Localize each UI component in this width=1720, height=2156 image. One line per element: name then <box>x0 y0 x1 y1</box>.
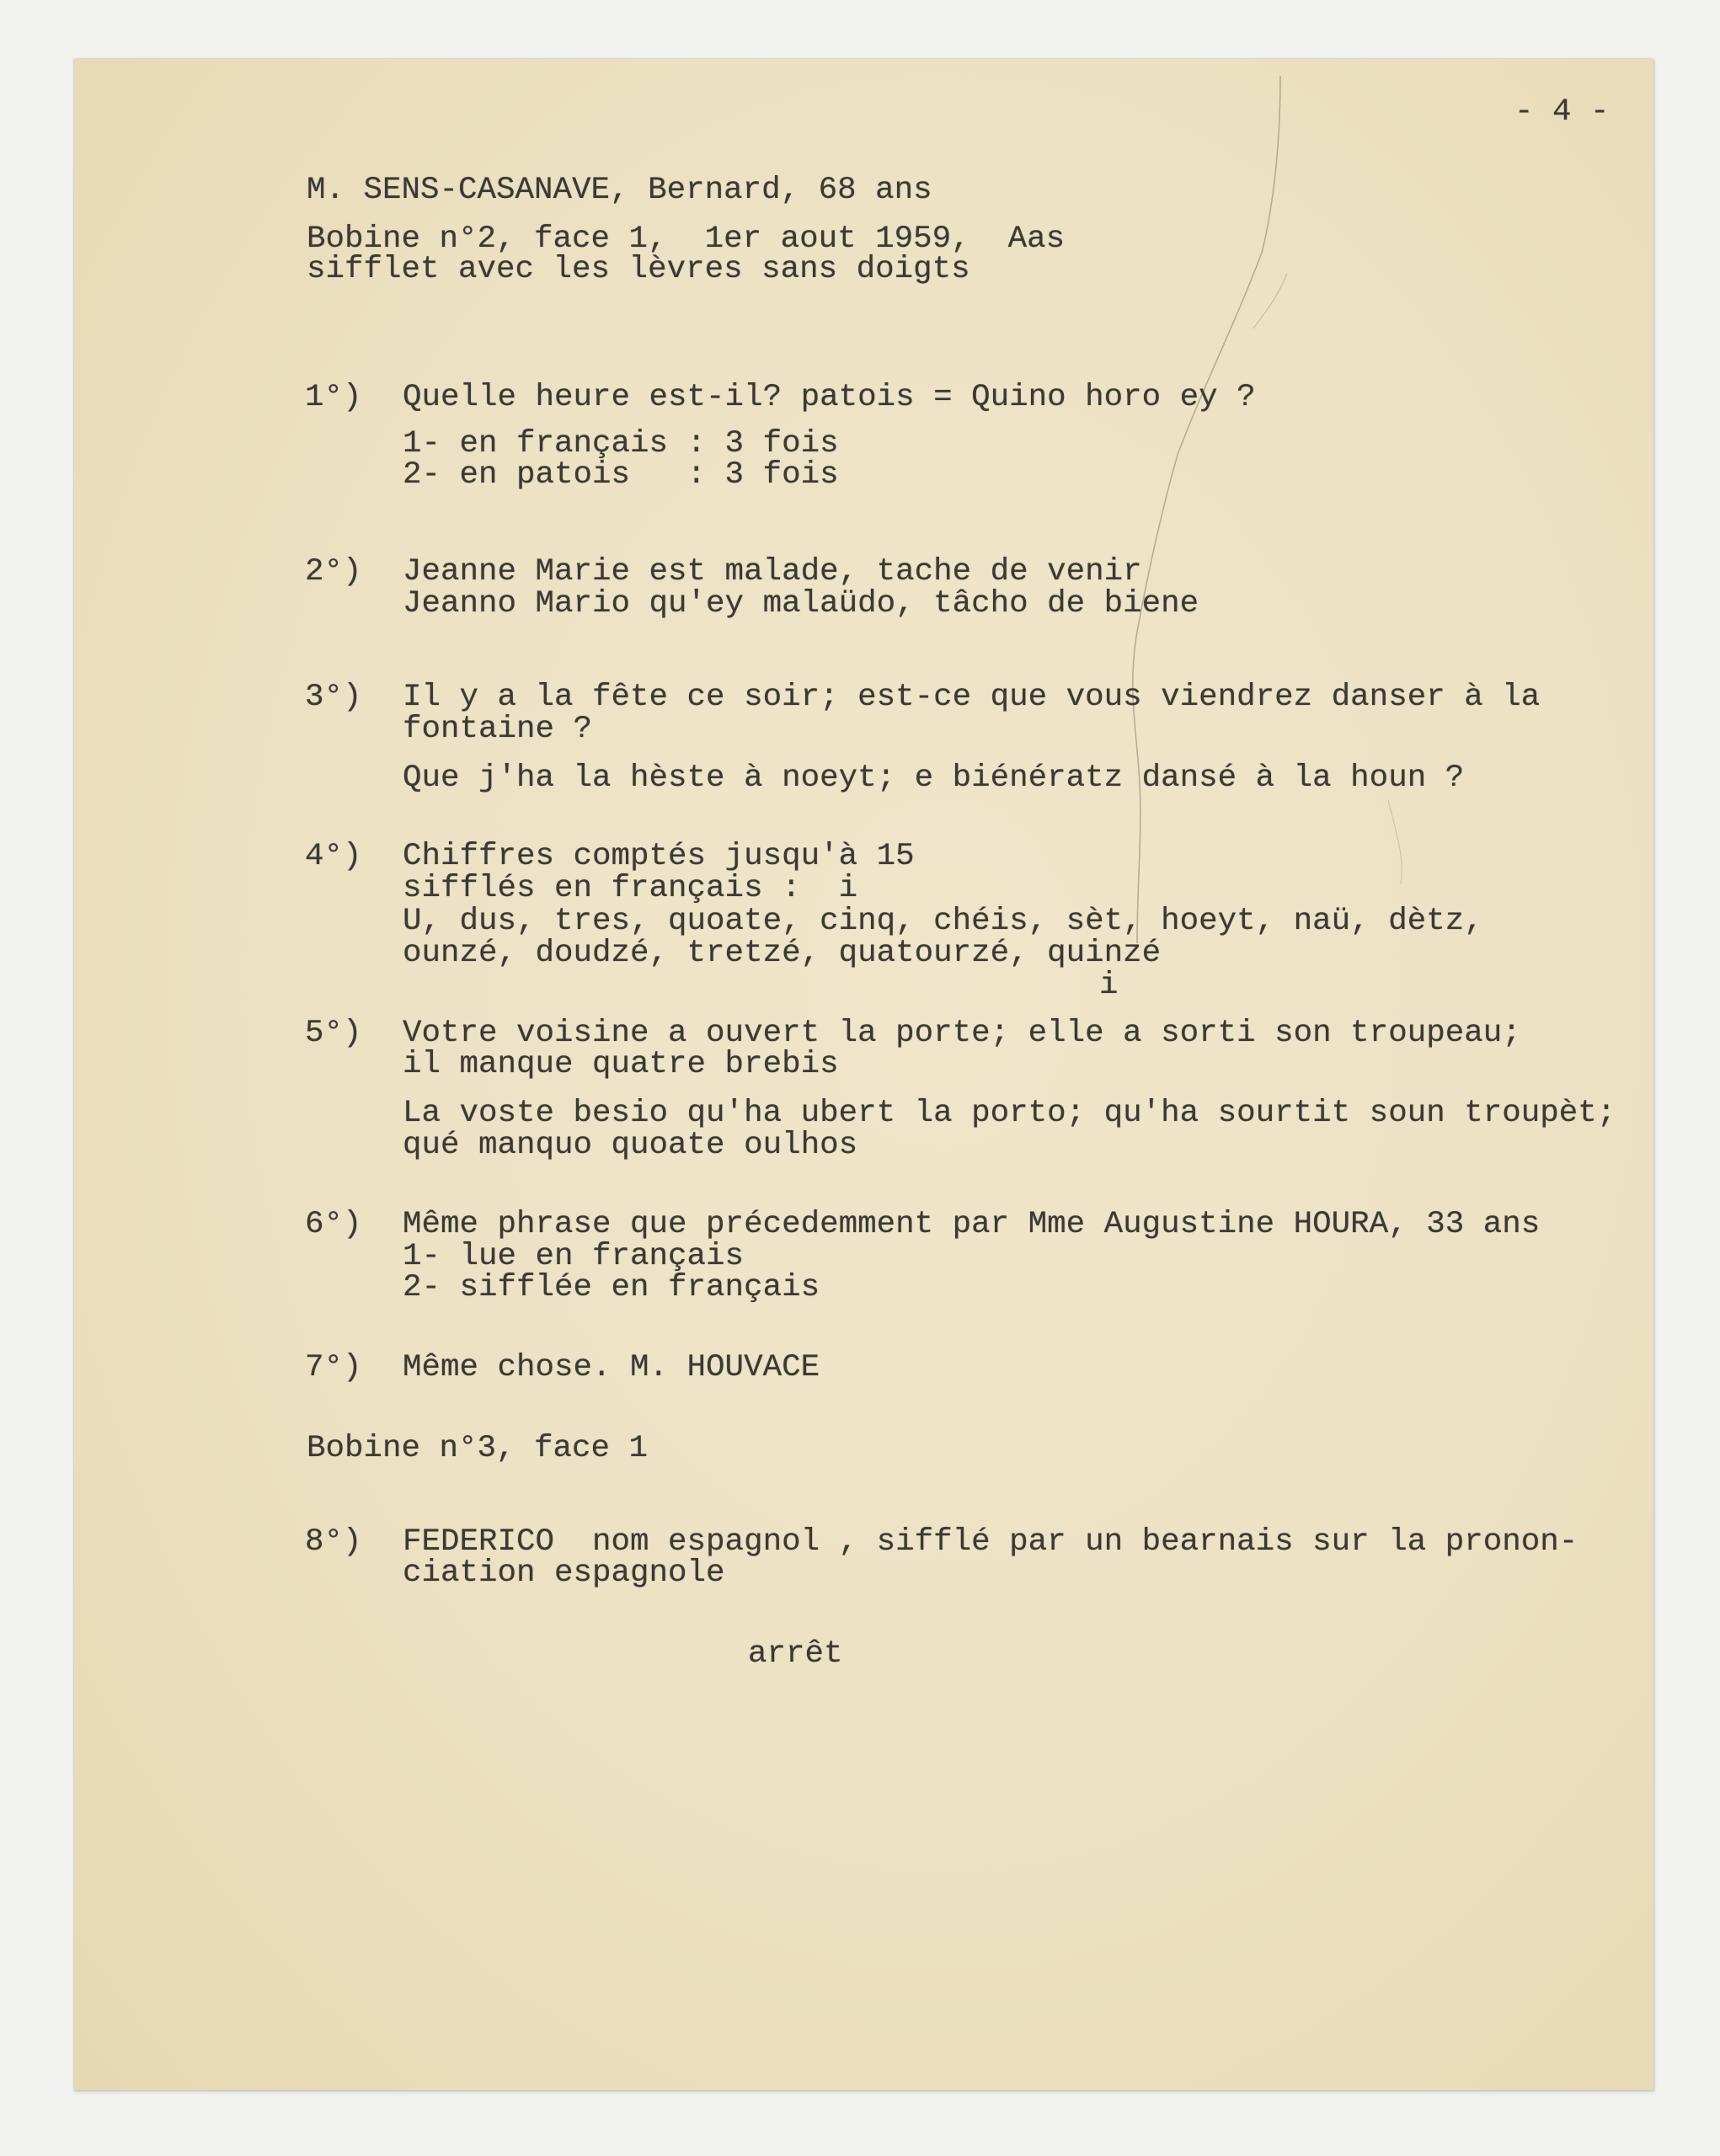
item-number: 8°) <box>305 1526 362 1558</box>
section-heading: Bobine n°3, face 1 <box>307 1433 648 1465</box>
item-number: 6°) <box>305 1209 362 1241</box>
item-text: FEDERICO nom espagnol , sifflé par un be… <box>403 1526 1578 1558</box>
item-text: Même phrase que précedemment par Mme Aug… <box>403 1209 1540 1241</box>
annotation-mark: i <box>1099 969 1119 1001</box>
closing-word: arrêt <box>748 1638 843 1670</box>
item-text: ounzé, doudzé, tretzé, quatourzé, quinzé <box>403 937 1161 969</box>
item-text: ciation espagnole <box>403 1557 725 1589</box>
recording-line: Bobine n°2, face 1, 1er aout 1959, Aas <box>307 223 1065 255</box>
item-number: 4°) <box>305 841 362 873</box>
pencil-crease-mark <box>74 59 1653 2090</box>
item-text: Il y a la fête ce soir; est-ce que vous … <box>403 681 1540 713</box>
item-text: Quelle heure est-il? patois = Quino horo… <box>403 382 1256 414</box>
item-text: Jeanno Mario qu'ey malaüdo, tâcho de bie… <box>403 588 1199 620</box>
item-translation: La voste besio qu'ha ubert la porto; qu'… <box>403 1097 1616 1129</box>
item-number: 5°) <box>305 1017 362 1049</box>
item-translation: qué manquo quoate oulhos <box>403 1129 857 1161</box>
technique-line: sifflet avec les lèvres sans doigts <box>307 253 970 286</box>
item-number: 1°) <box>305 382 362 414</box>
item-text: U, dus, tres, quoate, cinq, chéis, sèt, … <box>403 905 1483 937</box>
typed-page: - 4 - M. SENS-CASANAVE, Bernard, 68 ans … <box>74 59 1653 2090</box>
item-text: Jeanne Marie est malade, tache de venir <box>403 556 1142 588</box>
item-sub: 2- en patois : 3 fois <box>403 459 839 491</box>
page-number: - 4 - <box>1514 96 1610 128</box>
item-number: 2°) <box>305 556 362 588</box>
item-text: Chiffres comptés jusqu'à 15 <box>403 841 915 873</box>
item-sub: 1- en français : 3 fois <box>403 428 839 460</box>
item-text: il manque quatre brebis <box>403 1049 839 1081</box>
speaker-line: M. SENS-CASANAVE, Bernard, 68 ans <box>307 174 932 206</box>
item-text: Votre voisine a ouvert la porte; elle a … <box>403 1017 1521 1049</box>
item-text: Même chose. M. HOUVACE <box>403 1352 820 1384</box>
item-text: sifflés en français : i <box>403 873 857 905</box>
item-text: fontaine ? <box>403 713 592 745</box>
item-number: 7°) <box>305 1352 362 1384</box>
item-sub: 1- lue en français <box>403 1241 744 1273</box>
item-sub: 2- sifflée en français <box>403 1272 820 1304</box>
item-number: 3°) <box>305 681 362 713</box>
item-translation: Que j'ha la hèste à noeyt; e biénératz d… <box>403 762 1464 794</box>
